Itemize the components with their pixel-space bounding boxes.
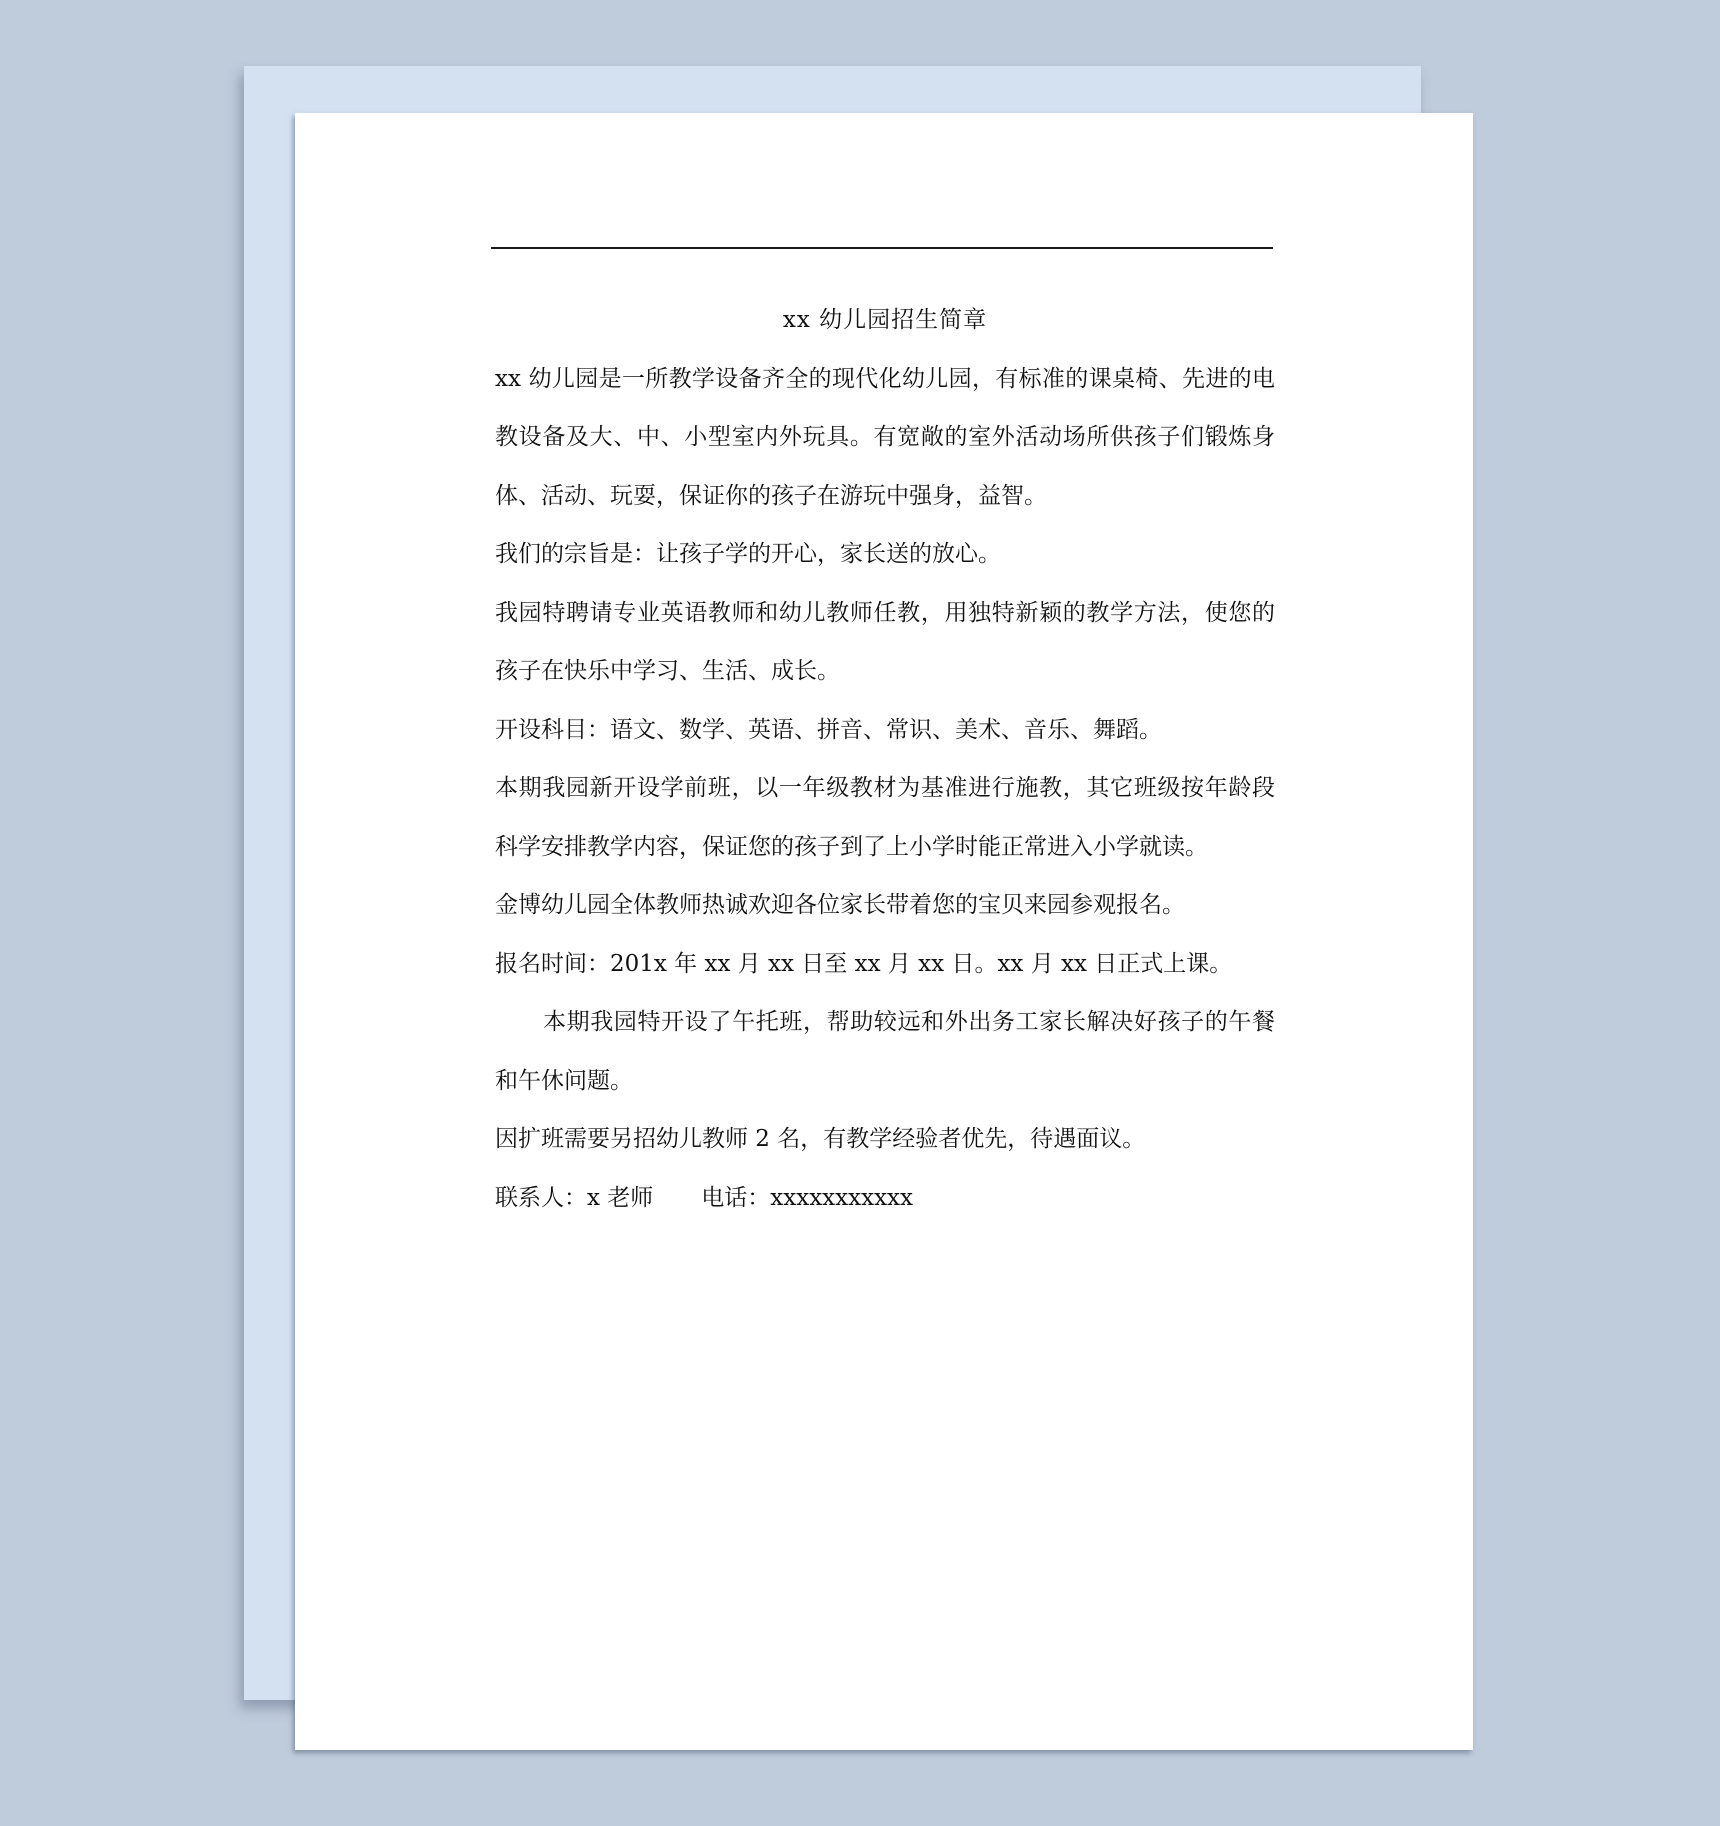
paragraph-teachers: 我园特聘请专业英语教师和幼儿教师任教，用独特新颖的教学方法，使您的孩子在快乐中学…	[495, 584, 1275, 701]
contact-phone-label: 电话：	[701, 1169, 770, 1228]
paragraph-registration-time: 报名时间：201x 年 xx 月 xx 日至 xx 月 xx 日。xx 月 xx…	[495, 935, 1275, 994]
paragraph-mission: 我们的宗旨是：让孩子学的开心，家长送的放心。	[495, 525, 1275, 584]
paragraph-welcome: 金博幼儿园全体教师热诚欢迎各位家长带着您的宝贝来园参观报名。	[495, 876, 1275, 935]
paragraph-hiring: 因扩班需要另招幼儿教师 2 名，有教学经验者优先，待遇面议。	[495, 1110, 1275, 1169]
paragraph-intro: xx 幼儿园是一所教学设备齐全的现代化幼儿园，有标准的课桌椅、先进的电教设备及大…	[495, 350, 1275, 526]
paragraph-noon-care: 本期我园特开设了午托班，帮助较远和外出务工家长解决好孩子的午餐和午休问题。	[495, 993, 1275, 1110]
document-title: xx 幼儿园招生简章	[495, 291, 1275, 350]
contact-person-label: 联系人：	[495, 1169, 587, 1228]
paragraph-subjects: 开设科目：语文、数学、英语、拼音、常识、美术、音乐、舞蹈。	[495, 701, 1275, 760]
document-body: xx 幼儿园招生简章 xx 幼儿园是一所教学设备齐全的现代化幼儿园，有标准的课桌…	[495, 291, 1275, 1227]
contact-person-value: x 老师	[587, 1169, 653, 1228]
document-page: xx 幼儿园招生简章 xx 幼儿园是一所教学设备齐全的现代化幼儿园，有标准的课桌…	[295, 113, 1473, 1750]
header-rule	[491, 247, 1273, 249]
contact-phone-value: xxxxxxxxxxx	[770, 1169, 913, 1228]
contact-line: 联系人：x 老师电话：xxxxxxxxxxx	[495, 1169, 1275, 1228]
paragraph-preschool: 本期我园新开设学前班，以一年级教材为基准进行施教，其它班级按年龄段科学安排教学内…	[495, 759, 1275, 876]
